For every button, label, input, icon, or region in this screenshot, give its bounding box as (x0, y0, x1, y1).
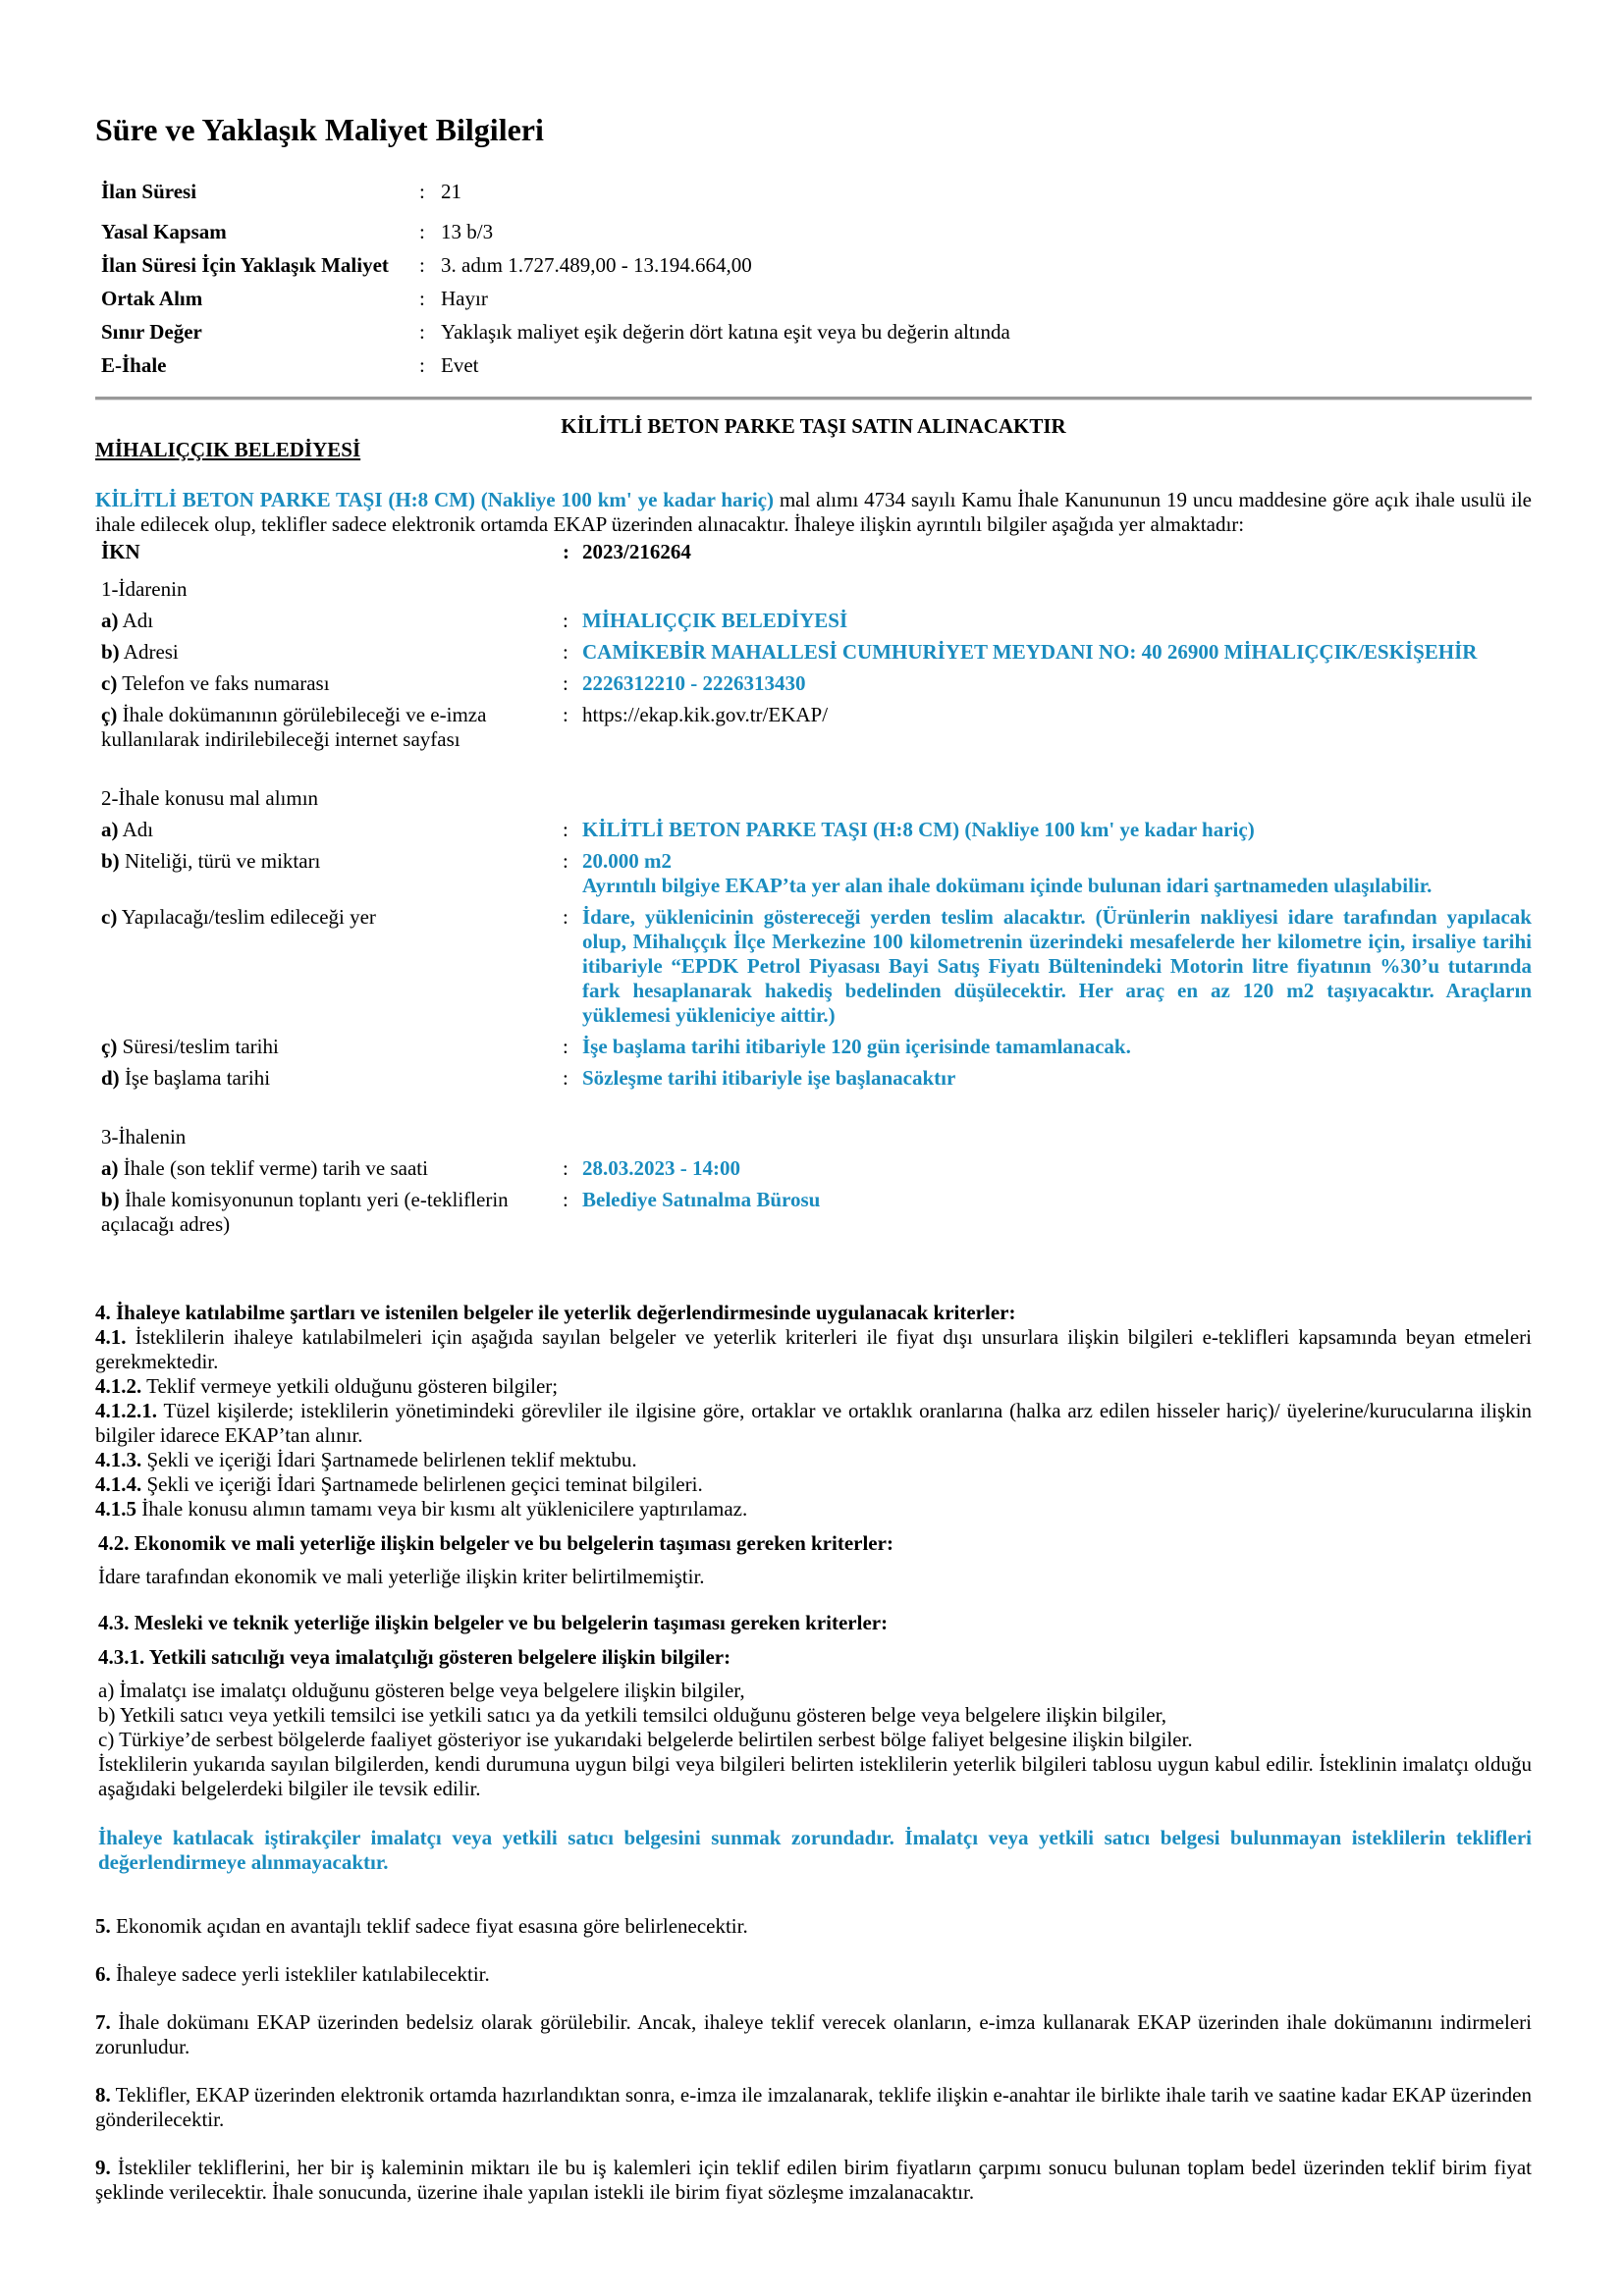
info-value: 20.000 m2Ayrıntılı bilgiye EKAP’ta yer a… (582, 849, 1532, 905)
section-heading-row: 2-İhale konusu mal alımın (95, 780, 1532, 818)
label-text: Adresi (120, 640, 179, 664)
intro-paragraph: KİLİTLİ BETON PARKE TAŞI (H:8 CM) (Nakli… (95, 488, 1532, 537)
item-text: İhale konusu alımın tamamı veya bir kısm… (136, 1497, 747, 1521)
info-label: a) Adı (95, 609, 563, 640)
s431-list: a) İmalatçı ise imalatçı olduğunu göster… (95, 1679, 1532, 1801)
meta-row: Ortak Alım : Hayır (101, 287, 1010, 320)
authority-name: MİHALIÇÇIK BELEDİYESİ (95, 438, 360, 462)
rule-number: 6. (95, 1962, 111, 1986)
info-label: b) İhale komisyonunun toplantı yeri (e-t… (95, 1188, 563, 1244)
item-text: Teklif vermeye yetkili olduğunu gösteren… (141, 1374, 558, 1398)
info-label: c) Yapılacağı/teslim edileceği yer (95, 905, 563, 1035)
quantity-value: 20.000 m2 (582, 849, 1532, 874)
colon: : (419, 220, 441, 253)
colon: : (563, 640, 582, 671)
item-text: İsteklilerin ihaleye katılabilmeleri içi… (95, 1325, 1532, 1373)
section-heading-row: 1-İdarenin (95, 571, 1532, 609)
item-number: 4.1.3. (95, 1448, 141, 1471)
meeting-place-value: Belediye Satınalma Bürosu (582, 1188, 1532, 1244)
meta-row: İlan Süresi : 21 (101, 180, 1010, 220)
meta-label: İlan Süresi İçin Yaklaşık Maliyet (101, 253, 419, 287)
info-row: b) Adresi : CAMİKEBİR MAHALLESİ CUMHURİY… (95, 640, 1532, 671)
colon: : (563, 849, 582, 905)
label-prefix: a) (101, 609, 119, 632)
criteria-item: 4.1. İsteklilerin ihaleye katılabilmeler… (95, 1325, 1532, 1374)
meta-label: İlan Süresi (101, 180, 419, 220)
rule-text: İhale dokümanı EKAP üzerinden bedelsiz o… (95, 2010, 1532, 2058)
label-prefix: ç) (101, 1035, 117, 1058)
info-row: a) İhale (son teklif verme) tarih ve saa… (95, 1156, 1532, 1188)
meta-value: 3. adım 1.727.489,00 - 13.194.664,00 (441, 253, 1010, 287)
item-number: 4.1.2. (95, 1374, 141, 1398)
rule-item: 5. Ekonomik açıdan en avantajlı teklif s… (95, 1914, 1532, 1939)
info-value: İdare, yüklenicinin göstereceği yerden t… (582, 905, 1532, 1035)
info-row: a) Adı : MİHALIÇÇIK BELEDİYESİ (95, 609, 1532, 640)
info-value: 2226312210 - 2226313430 (582, 671, 1532, 703)
rule-number: 5. (95, 1914, 111, 1938)
meta-value: Hayır (441, 287, 1010, 320)
colon: : (563, 671, 582, 703)
info-value: Sözleşme tarihi itibariyle işe başlanaca… (582, 1066, 1532, 1097)
criteria-heading: 4. İhaleye katılabilme şartları ve isten… (95, 1301, 1532, 1325)
rule-text: İstekliler tekliflerini, her bir iş kale… (95, 2156, 1532, 2204)
rule-text: Ekonomik açıdan en avantajlı teklif sade… (111, 1914, 748, 1938)
rule-item: 8. Teklifler, EKAP üzerinden elektronik … (95, 2083, 1532, 2132)
info-value: KİLİTLİ BETON PARKE TAŞI (H:8 CM) (Nakli… (582, 818, 1532, 849)
colon: : (419, 180, 441, 220)
label-text: Adı (119, 818, 154, 841)
colon: : (563, 818, 582, 849)
label-text: Adı (119, 609, 154, 632)
info-label: b) Niteliği, türü ve miktarı (95, 849, 563, 905)
item-text: Şekli ve içeriği İdari Şartnamede belirl… (141, 1448, 636, 1471)
rule-number: 8. (95, 2083, 111, 2107)
meta-label: Yasal Kapsam (101, 220, 419, 253)
meta-row: Sınır Değer : Yaklaşık maliyet eşik değe… (101, 320, 1010, 353)
colon: : (419, 320, 441, 353)
section2-heading: 2-İhale konusu mal alımın (95, 780, 1532, 818)
criteria-item: 4.1.2. Teklif vermeye yetkili olduğunu g… (95, 1374, 1532, 1399)
rule-number: 7. (95, 2010, 111, 2034)
label-prefix: c) (101, 905, 117, 929)
label-prefix: b) (101, 1188, 120, 1211)
colon: : (419, 253, 441, 287)
ikn-label: İKN (95, 540, 563, 571)
tender-date-value: 28.03.2023 - 14:00 (582, 1156, 1532, 1188)
section-heading-row: 3-İhalenin (95, 1119, 1532, 1156)
meta-label: Ortak Alım (101, 287, 419, 320)
list-item: İsteklilerin yukarıda sayılan bilgilerde… (98, 1752, 1532, 1801)
colon: : (419, 353, 441, 387)
item-number: 4.1.4. (95, 1472, 141, 1496)
meta-value: Yaklaşık maliyet eşik değerin dört katın… (441, 320, 1010, 353)
meta-value: 13 b/3 (441, 220, 1010, 253)
label-prefix: b) (101, 849, 120, 873)
spacer (95, 759, 1532, 780)
meta-label: E-İhale (101, 353, 419, 387)
colon: : (563, 540, 582, 571)
label-prefix: c) (101, 671, 117, 695)
criteria-item: 4.1.4. Şekli ve içeriği İdari Şartnamede… (95, 1472, 1532, 1497)
colon: : (563, 609, 582, 640)
cost-info-table: İlan Süresi : 21 Yasal Kapsam : 13 b/3 İ… (101, 180, 1010, 387)
label-prefix: d) (101, 1066, 120, 1090)
info-row: c) Telefon ve faks numarası : 2226312210… (95, 671, 1532, 703)
colon: : (419, 287, 441, 320)
info-row: c) Yapılacağı/teslim edileceği yer : İda… (95, 905, 1532, 1035)
meta-value: 21 (441, 180, 1010, 220)
meta-label: Sınır Değer (101, 320, 419, 353)
s42-text: İdare tarafından ekonomik ve mali yeterl… (95, 1565, 1532, 1589)
info-row: d) İşe başlama tarihi : Sözleşme tarihi … (95, 1066, 1532, 1097)
label-prefix: ç) (101, 703, 117, 726)
list-item: b) Yetkili satıcı veya yetkili temsilci … (98, 1703, 1532, 1728)
ikn-row: İKN : 2023/216264 (95, 540, 1532, 571)
label-text: İhale dokümanının görülebileceği ve e-im… (101, 703, 486, 751)
info-row: b) Niteliği, türü ve miktarı : 20.000 m2… (95, 849, 1532, 905)
info-row: ç) Süresi/teslim tarihi : İşe başlama ta… (95, 1035, 1532, 1066)
rule-number: 9. (95, 2156, 111, 2179)
colon: : (563, 1035, 582, 1066)
meta-value: Evet (441, 353, 1010, 387)
meta-row: Yasal Kapsam : 13 b/3 (101, 220, 1010, 253)
meta-row: İlan Süresi İçin Yaklaşık Maliyet : 3. a… (101, 253, 1010, 287)
info-label: c) Telefon ve faks numarası (95, 671, 563, 703)
item-number: 4.1.5 (95, 1497, 136, 1521)
notice-title: KİLİTLİ BETON PARKE TAŞI SATIN ALINACAKT… (95, 414, 1532, 439)
label-prefix: a) (101, 818, 119, 841)
s43-heading: 4.3. Mesleki ve teknik yeterliğe ilişkin… (95, 1611, 1532, 1635)
info-row: ç) İhale dokümanının görülebileceği ve e… (95, 703, 1532, 759)
info-label: a) Adı (95, 818, 563, 849)
label-text: İhale (son teklif verme) tarih ve saati (119, 1156, 428, 1180)
info-value: MİHALIÇÇIK BELEDİYESİ (582, 609, 1532, 640)
label-text: İşe başlama tarihi (120, 1066, 270, 1090)
info-label: d) İşe başlama tarihi (95, 1066, 563, 1097)
ekap-link[interactable]: https://ekap.kik.gov.tr/EKAP/ (582, 703, 1532, 759)
rules-section: 5. Ekonomik açıdan en avantajlı teklif s… (95, 1914, 1532, 2228)
item-number: 4.1.2.1. (95, 1399, 157, 1422)
criteria-item: 4.1.5 İhale konusu alımın tamamı veya bi… (95, 1497, 1532, 1522)
colon: : (563, 703, 582, 759)
intro-highlight: KİLİTLİ BETON PARKE TAŞI (H:8 CM) (Nakli… (95, 488, 774, 511)
list-item: a) İmalatçı ise imalatçı olduğunu göster… (98, 1679, 1532, 1703)
quantity-note: Ayrıntılı bilgiye EKAP’ta yer alan ihale… (582, 874, 1532, 898)
info-row: b) İhale komisyonunun toplantı yeri (e-t… (95, 1188, 1532, 1244)
rule-text: İhaleye sadece yerli istekliler katılabi… (111, 1962, 490, 1986)
info-row: a) Adı : KİLİTLİ BETON PARKE TAŞI (H:8 C… (95, 818, 1532, 849)
label-text: İhale komisyonunun toplantı yeri (e-tekl… (101, 1188, 509, 1236)
item-number: 4.1. (95, 1325, 127, 1349)
label-text: Telefon ve faks numarası (117, 671, 329, 695)
colon: : (563, 1156, 582, 1188)
s431-heading: 4.3.1. Yetkili satıcılığı veya imalatçıl… (95, 1645, 1532, 1670)
colon: : (563, 1188, 582, 1244)
label-text: Yapılacağı/teslim edileceği yer (117, 905, 376, 929)
info-label: ç) Süresi/teslim tarihi (95, 1035, 563, 1066)
item-text: Tüzel kişilerde; isteklilerin yönetimind… (95, 1399, 1532, 1447)
s42-heading: 4.2. Ekonomik ve mali yeterliğe ilişkin … (95, 1531, 1532, 1556)
info-value: İşe başlama tarihi itibariyle 120 gün iç… (582, 1035, 1532, 1066)
criteria-section: 4. İhaleye katılabilme şartları ve isten… (95, 1301, 1532, 1875)
section3-heading: 3-İhalenin (95, 1119, 1532, 1156)
label-prefix: b) (101, 640, 120, 664)
manufacturer-note: İhaleye katılacak iştirakçiler imalatçı … (95, 1826, 1532, 1875)
rule-item: 7. İhale dokümanı EKAP üzerinden bedelsi… (95, 2010, 1532, 2059)
criteria-item: 4.1.3. Şekli ve içeriği İdari Şartnamede… (95, 1448, 1532, 1472)
spacer (95, 1097, 1532, 1119)
colon: : (563, 905, 582, 1035)
list-item: c) Türkiye’de serbest bölgelerde faaliye… (98, 1728, 1532, 1752)
colon: : (563, 1066, 582, 1097)
info-label: b) Adresi (95, 640, 563, 671)
label-text: Niteliği, türü ve miktarı (120, 849, 321, 873)
divider (95, 397, 1532, 400)
item-text: Şekli ve içeriği İdari Şartnamede belirl… (141, 1472, 702, 1496)
rule-text: Teklifler, EKAP üzerinden elektronik ort… (95, 2083, 1532, 2131)
label-prefix: a) (101, 1156, 119, 1180)
meta-row: E-İhale : Evet (101, 353, 1010, 387)
page-title: Süre ve Yaklaşık Maliyet Bilgileri (95, 111, 544, 148)
rule-item: 9. İstekliler tekliflerini, her bir iş k… (95, 2156, 1532, 2205)
label-text: Süresi/teslim tarihi (117, 1035, 278, 1058)
criteria-item: 4.1.2.1. Tüzel kişilerde; isteklilerin y… (95, 1399, 1532, 1448)
tender-info-table: İKN : 2023/216264 1-İdarenin a) Adı : Mİ… (95, 540, 1532, 1244)
info-value: CAMİKEBİR MAHALLESİ CUMHURİYET MEYDANI N… (582, 640, 1532, 671)
section1-heading: 1-İdarenin (95, 571, 1532, 609)
info-label: a) İhale (son teklif verme) tarih ve saa… (95, 1156, 563, 1188)
info-label: ç) İhale dokümanının görülebileceği ve e… (95, 703, 563, 759)
ikn-value: 2023/216264 (582, 540, 1532, 571)
rule-item: 6. İhaleye sadece yerli istekliler katıl… (95, 1962, 1532, 1987)
